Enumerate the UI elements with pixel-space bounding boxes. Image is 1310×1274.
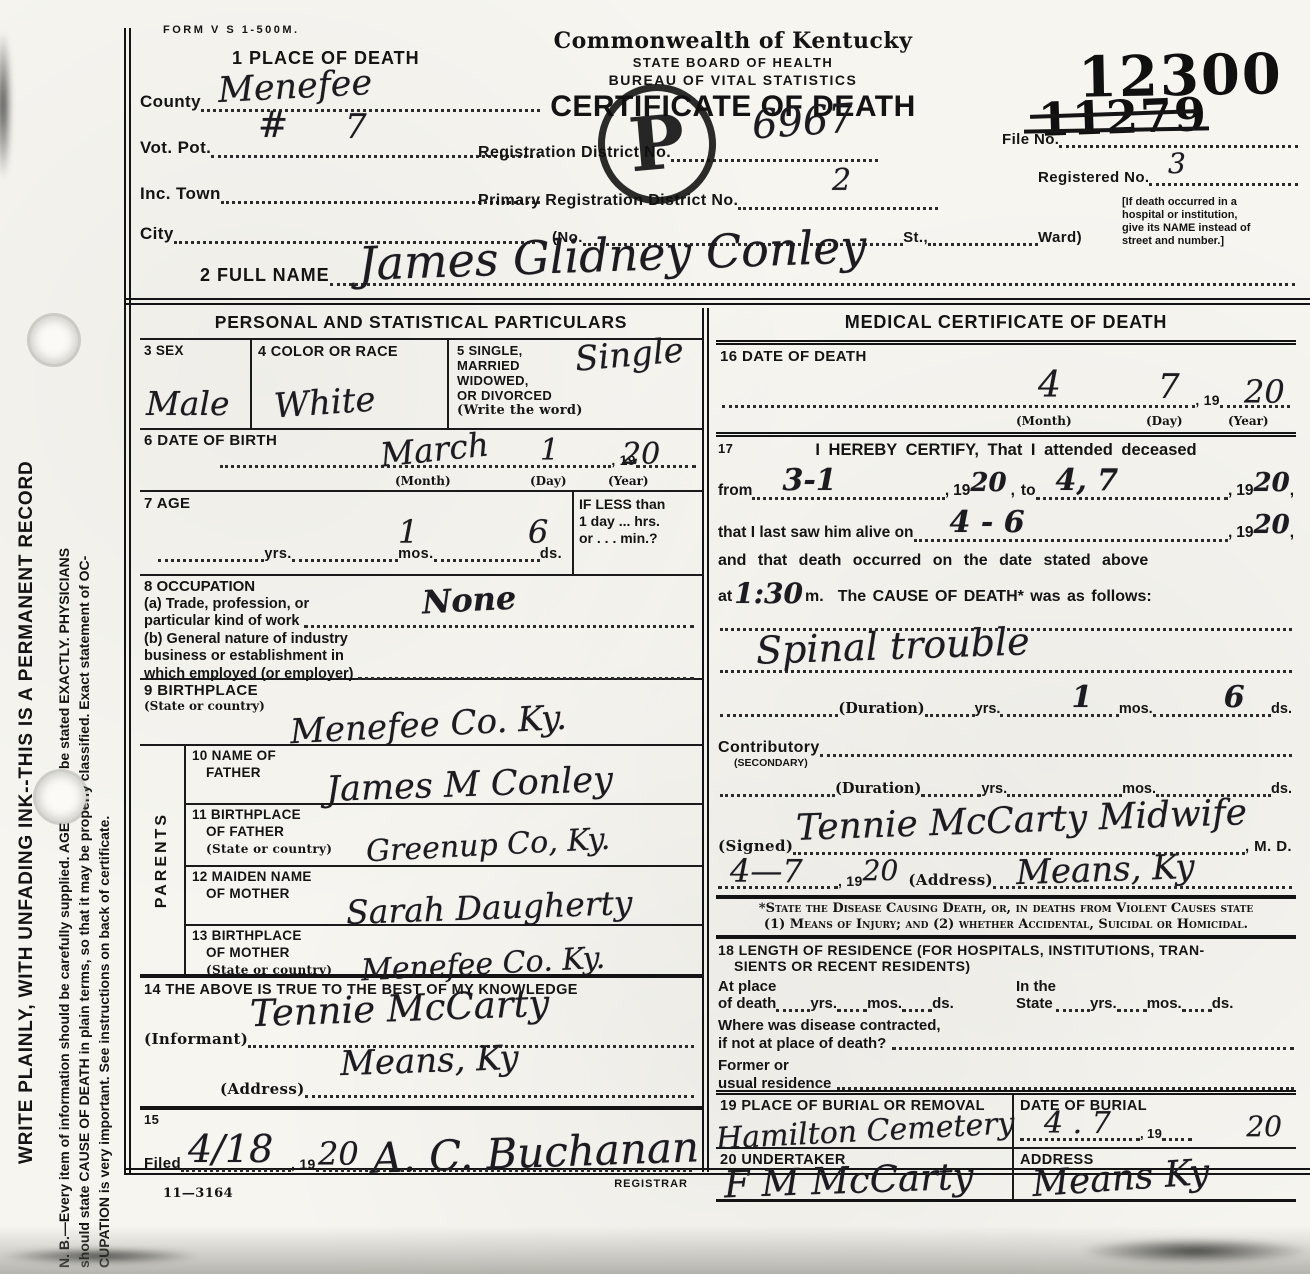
- st-label: St.,: [903, 229, 928, 246]
- informant-label: (Informant): [144, 1030, 248, 1048]
- occupation-a-value: None: [421, 582, 517, 619]
- attended-from-value: 3-1: [782, 466, 836, 496]
- burial-year-value: 20: [1246, 1113, 1282, 1141]
- signed-year-value: 20: [863, 857, 899, 885]
- margin-headline: WRITE PLAINLY, WITH UNFADING INK--THIS I…: [16, 154, 38, 1164]
- sex-cell: 3 SEX Male: [140, 340, 252, 428]
- mother-name-row: 12 MAIDEN NAMEOF MOTHER Sarah Daugherty: [186, 867, 702, 926]
- primary-registration-label: Primary Registration District No.: [478, 192, 738, 210]
- margin-note-paragraph: N. B.—Every item of information should b…: [54, 596, 114, 1268]
- color-value: White: [273, 383, 377, 424]
- filed-year-value: 20: [318, 1138, 359, 1170]
- marital-value: Single: [574, 333, 685, 376]
- dob-row: 6 DATE OF BIRTH , 19 March 1 20 (Month) …: [140, 430, 702, 492]
- margin-note-line1: N. B.—Every item of information should b…: [54, 596, 74, 1268]
- registration-district-value: 6967: [751, 98, 855, 145]
- file-no-label: File No.: [1002, 131, 1059, 148]
- parents-label: PARENTS: [153, 812, 171, 908]
- burial-place-value: Hamilton Cemetery: [715, 1109, 1015, 1155]
- personal-section: PERSONAL AND STATISTICAL PARTICULARS 3 S…: [140, 310, 702, 1190]
- burial-date-cell: DATE OF BURIAL , 19 4 . 7 20: [1014, 1095, 1296, 1149]
- father-birthplace-row: 11 BIRTHPLACEOF FATHER (State or country…: [186, 805, 702, 867]
- undertaker-address-value: Means Ky: [1031, 1155, 1211, 1203]
- registered-no-label: Registered No.: [1038, 169, 1149, 186]
- signed-address-value: Means, Ky: [1015, 850, 1195, 890]
- inc-town-label: Inc. Town: [140, 184, 221, 204]
- undertaker-address-cell: ADDRESS Means Ky: [1014, 1149, 1296, 1203]
- form-code: FORM V S 1-500M.: [163, 24, 300, 36]
- last-saw-year: 20: [1254, 512, 1290, 538]
- certify-item-number: 17: [718, 441, 733, 456]
- hospital-note: [If death occurred in a hospital or inst…: [1122, 196, 1304, 248]
- county-value: Menefee: [217, 66, 373, 109]
- filed-row: 15 Filed , 19 4/18 20 A. C. Buchanan REG…: [140, 1110, 702, 1190]
- age-label: 7 AGE: [144, 495, 190, 512]
- sheet-number: 11—3164: [163, 1186, 233, 1201]
- dod-month-label: (Month): [1016, 414, 1072, 428]
- age-row: 7 AGE yrs. mos. ds. 1 6 IF LESS than 1 d…: [140, 492, 702, 576]
- md-label: , M. D.: [1245, 838, 1292, 855]
- sex-value: Male: [146, 387, 230, 420]
- cause-of-death-value: Spinal trouble: [755, 622, 1030, 670]
- undertaker-value: F M McCarty: [723, 1158, 974, 1204]
- signed-date-value: 4—7: [730, 855, 803, 887]
- cause-footnote: *State the Disease Causing Death, or, in…: [716, 899, 1296, 939]
- hospital-note-line3: give its NAME instead of: [1122, 222, 1304, 235]
- county-label: County: [140, 92, 201, 112]
- secondary-label: (SECONDARY): [734, 757, 808, 769]
- cause-duration-months: 1: [1071, 683, 1092, 713]
- city-label: City: [140, 224, 174, 244]
- footnote-line2: (1) Means of Injury; and (2) whether Acc…: [716, 917, 1296, 933]
- registrar-signature: A. C. Buchanan: [371, 1126, 699, 1179]
- informant-value: Tennie McCarty: [249, 985, 549, 1032]
- margin-note-line3: CUPATION is very important. See instruct…: [94, 596, 114, 1268]
- residence-block: 18 LENGTH OF RESIDENCE (FOR HOSPITALS, I…: [716, 939, 1296, 1095]
- p-stamp-letter: P: [626, 99, 689, 190]
- footnote-line1: *State the Disease Causing Death, or, in…: [716, 901, 1296, 917]
- sex-label: 3 SEX: [144, 343, 246, 360]
- attended-to-value: 4, 7: [1056, 466, 1119, 496]
- age-main-cell: 7 AGE yrs. mos. ds. 1 6: [140, 492, 572, 574]
- scan-smudge-bottom-right: [1080, 1238, 1310, 1264]
- dod-label: 16 DATE OF DEATH: [720, 348, 867, 365]
- death-certificate-scan: WRITE PLAINLY, WITH UNFADING INK--THIS I…: [0, 0, 1310, 1274]
- dob-month-label: (Month): [395, 474, 451, 488]
- if-less-cell: IF LESS than 1 day ... hrs. or . . . min…: [572, 492, 702, 574]
- column-divider: [702, 308, 709, 1172]
- medical-title: MEDICAL CERTIFICATE OF DEATH: [716, 310, 1296, 345]
- father-name-value: James M Conley: [325, 763, 613, 808]
- scan-mark-top-left: [0, 30, 12, 180]
- age-months-value: 1: [398, 516, 418, 548]
- hospital-note-line2: hospital or institution,: [1122, 209, 1304, 222]
- margin-note-line2: should state CAUSE OF DEATH in plain ter…: [74, 596, 94, 1268]
- attended-from-year: 20: [970, 470, 1006, 496]
- age-days-value: 6: [528, 516, 548, 548]
- dod-day-value: 7: [1158, 370, 1180, 404]
- cause-duration-days: 6: [1224, 683, 1245, 713]
- vot-pot-hash: #: [258, 108, 288, 144]
- color-cell: 4 COLOR OR RACE White: [252, 340, 449, 428]
- attestation-block: 14 THE ABOVE IS TRUE TO THE BEST OF MY K…: [140, 978, 702, 1110]
- father-name-row: 10 NAME OFFATHER James M Conley: [186, 746, 702, 805]
- hospital-note-line4: street and number.]: [1122, 235, 1304, 248]
- hole-punch-bottom: [36, 772, 86, 822]
- signed-block: (Signed) , M. D. Tennie McCarty Midwife …: [716, 803, 1296, 899]
- file-no-field: File No.: [1002, 126, 1298, 148]
- primary-registration-value: 2: [832, 166, 851, 196]
- burial-table: 19 PLACE OF BURIAL OR REMOVAL Hamilton C…: [716, 1095, 1296, 1202]
- contributory-block: Contributory (SECONDARY) (Duration) yrs.…: [716, 729, 1296, 803]
- scan-smudge-bottom-left: [0, 1248, 200, 1264]
- mother-name-value: Sarah Daugherty: [346, 886, 633, 929]
- dob-day-value: 1: [540, 436, 559, 466]
- bureau-heading: BUREAU OF VITAL STATISTICS: [548, 72, 918, 88]
- filed-label: Filed: [144, 1155, 181, 1172]
- dob-day-label: (Day): [530, 474, 567, 488]
- last-saw-value: 4 - 6: [950, 508, 1025, 538]
- dod-year-label: (Year): [1228, 414, 1269, 428]
- color-label: 4 COLOR OR RACE: [258, 343, 441, 361]
- occurred-line: and that death occurred on the date stat…: [718, 552, 1294, 570]
- birthplace-label: 9 BIRTHPLACE: [144, 682, 698, 699]
- state-board-heading: STATE BOARD OF HEALTH: [548, 55, 918, 70]
- dob-month-value: March: [379, 427, 491, 471]
- form-left-border: [124, 28, 131, 1174]
- informant-address-value: Means, Ky: [339, 1041, 519, 1081]
- attended-to-year: 20: [1254, 470, 1290, 496]
- residence-label: 18 LENGTH OF RESIDENCE (FOR HOSPITALS, I…: [718, 942, 1294, 974]
- sex-color-marital-row: 3 SEX Male 4 COLOR OR RACE White 5 SINGL…: [140, 340, 702, 430]
- parents-label-cell: PARENTS: [140, 746, 186, 974]
- full-name-label: 2 FULL NAME: [200, 265, 330, 286]
- commonwealth-heading: Commonwealth of Kentucky: [548, 28, 918, 54]
- dod-year-value: 20: [1244, 376, 1285, 408]
- medical-section: MEDICAL CERTIFICATE OF DEATH 16 DATE OF …: [716, 310, 1296, 1202]
- hospital-note-line1: [If death occurred in a: [1122, 196, 1304, 209]
- primary-registration-field: Primary Registration District No.: [478, 186, 938, 210]
- cause-block: Spinal trouble (Duration) yrs. 1 mos. 6 …: [716, 603, 1296, 729]
- registrar-label: REGISTRAR: [614, 1178, 688, 1190]
- filed-date-value: 4/18: [188, 1130, 273, 1168]
- dod-row: 16 DATE OF DEATH , 19 4 7 20 (Month) (Da…: [716, 345, 1296, 437]
- registered-no-value: 3: [1168, 150, 1186, 178]
- dob-year-label: (Year): [608, 474, 649, 488]
- dod-month-value: 4: [1038, 368, 1061, 404]
- marital-cell: 5 SINGLE, MARRIED WIDOWED, OR DIVORCED (…: [449, 340, 702, 428]
- contributory-label: Contributory: [718, 739, 820, 757]
- parents-block: PARENTS 10 NAME OFFATHER James M Conley …: [140, 746, 702, 978]
- vot-pot-value: 7: [345, 110, 367, 144]
- ward-label: Ward): [1038, 229, 1082, 246]
- vot-pot-label: Vot. Pot.: [140, 138, 211, 158]
- hole-punch-top: [30, 316, 78, 364]
- dob-year-value: 20: [622, 440, 660, 470]
- burial-place-cell: 19 PLACE OF BURIAL OR REMOVAL Hamilton C…: [716, 1095, 1012, 1149]
- occupation-row: 8 OCCUPATION (a) Trade, profession, or p…: [140, 576, 702, 680]
- dod-day-label: (Day): [1146, 414, 1183, 428]
- certify-line: I HEREBY CERTIFY, That I attended deceas…: [718, 441, 1294, 460]
- undertaker-cell: 20 UNDERTAKER F M McCarty: [716, 1149, 1012, 1203]
- birthplace-row: 9 BIRTHPLACE (State or country) Menefee …: [140, 680, 702, 746]
- dob-label: 6 DATE OF BIRTH: [144, 432, 277, 449]
- informant-address-label: (Address): [220, 1080, 305, 1098]
- certify-block: 17 I HEREBY CERTIFY, That I attended dec…: [716, 437, 1296, 603]
- burial-date-value: 4 . 7: [1044, 1109, 1111, 1139]
- header-bottom-rule: [124, 298, 1310, 305]
- mother-birthplace-row: 13 BIRTHPLACEOF MOTHER (State or country…: [186, 926, 702, 982]
